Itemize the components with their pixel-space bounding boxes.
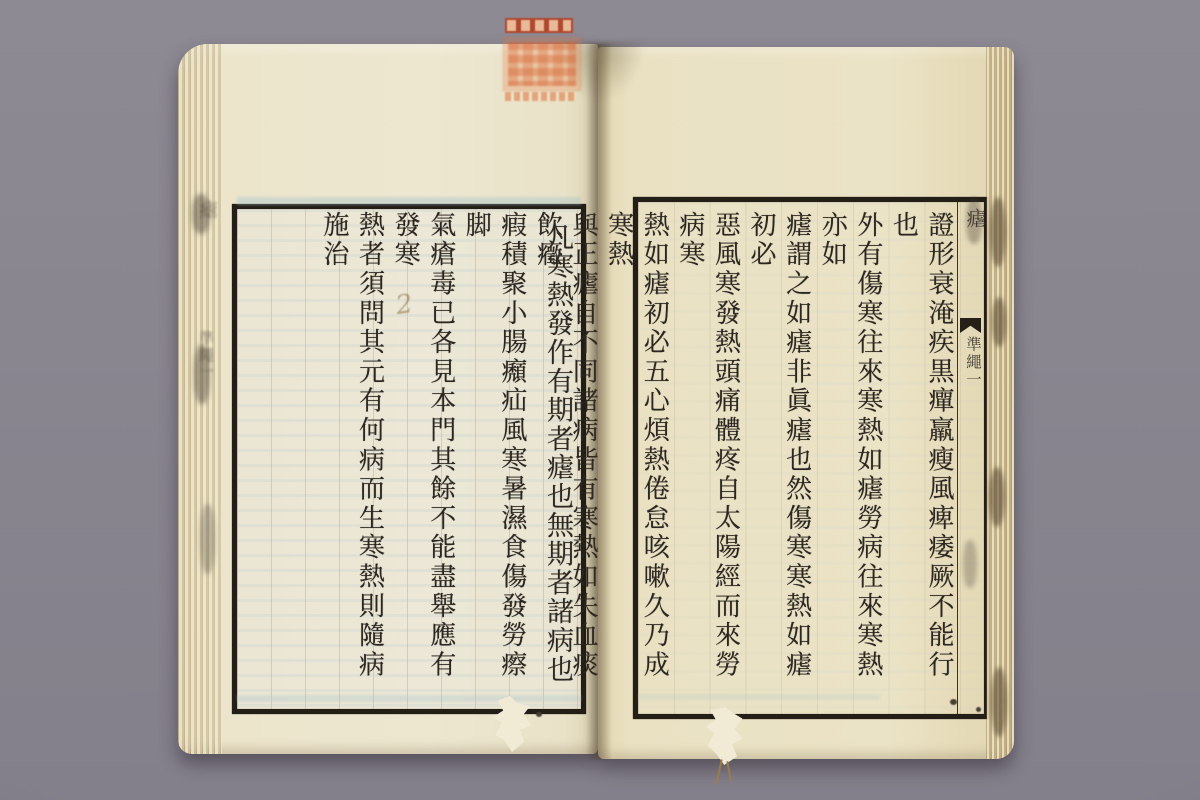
- right-page-edge-stack: [986, 47, 1014, 759]
- ink-smudge: [192, 194, 210, 234]
- text-column-3: 瘧謂之如瘧非眞瘧也然傷寒寒熱如瘧初必: [742, 211, 813, 708]
- ink-speck: [976, 707, 981, 712]
- banxin-title: 準繩一: [962, 336, 984, 389]
- gutter-shadow: [586, 44, 612, 760]
- right-page: 證形衰淹疾黒癉羸瘦風痺痿厥不能行也 外有傷寒往來寒熱如瘧勞病往來寒熱亦如 瘧謂之…: [598, 47, 1014, 759]
- text-column-7: 瘕積聚小腸㿗疝風寒暑濕食傷發勞瘵脚: [458, 211, 529, 708]
- right-page-frame: 證形衰淹疾黒癉羸瘦風痺痿厥不能行也 外有傷寒往來寒熱如瘧勞病往來寒熱亦如 瘧謂之…: [633, 197, 989, 719]
- ink-speck: [950, 699, 957, 705]
- edge-stain: [990, 197, 1006, 267]
- edge-stain: [989, 467, 1005, 527]
- text-column-2: 外有傷寒往來寒熱如瘧勞病往來寒熱亦如: [814, 211, 885, 708]
- gutter-top-shadow: [556, 42, 646, 102]
- edge-stain: [991, 667, 1007, 737]
- page-number-smudge: [200, 504, 215, 574]
- left-banxin-remnant: 瘧 準繩一: [194, 200, 216, 700]
- text-column-9: 熱者須問其元有何病而生寒熱則隨病施治: [315, 211, 386, 708]
- paper-thread: [726, 761, 731, 781]
- fishtail-mark-icon: [960, 318, 981, 333]
- text-column-1: 證形衰淹疾黒癉羸瘦風痺痿厥不能行也: [885, 211, 956, 708]
- text-column-4: 惡風寒發熱頭痛體疼自太陽經而來勞病寒: [671, 211, 742, 708]
- ink-smudge: [966, 198, 982, 244]
- paper-thread: [715, 759, 722, 785]
- right-page-text-block: 證形衰淹疾黒癉羸瘦風痺痿厥不能行也 外有傷寒往來寒熱如瘧勞病往來寒熱亦如 瘧謂之…: [638, 202, 958, 714]
- text-column-8: 氣瘡毒已各見本門其餘不能盡舉應有發寒: [387, 211, 458, 708]
- ink-speck: [536, 712, 542, 717]
- edge-stain: [992, 297, 1006, 347]
- ink-smudge: [194, 344, 210, 404]
- banxin-strip: 瘧 準繩一: [957, 202, 984, 714]
- page-number-smudge: [963, 540, 977, 588]
- photo-background: 瘧 準繩一 凡寒熱發作有期者瘧也無期者諸病也 2 證形衰淹疾黒癉羸瘦風痺痿厥不能…: [0, 0, 1200, 800]
- blue-streak-band: [237, 197, 581, 205]
- watermark-banner: [505, 18, 573, 33]
